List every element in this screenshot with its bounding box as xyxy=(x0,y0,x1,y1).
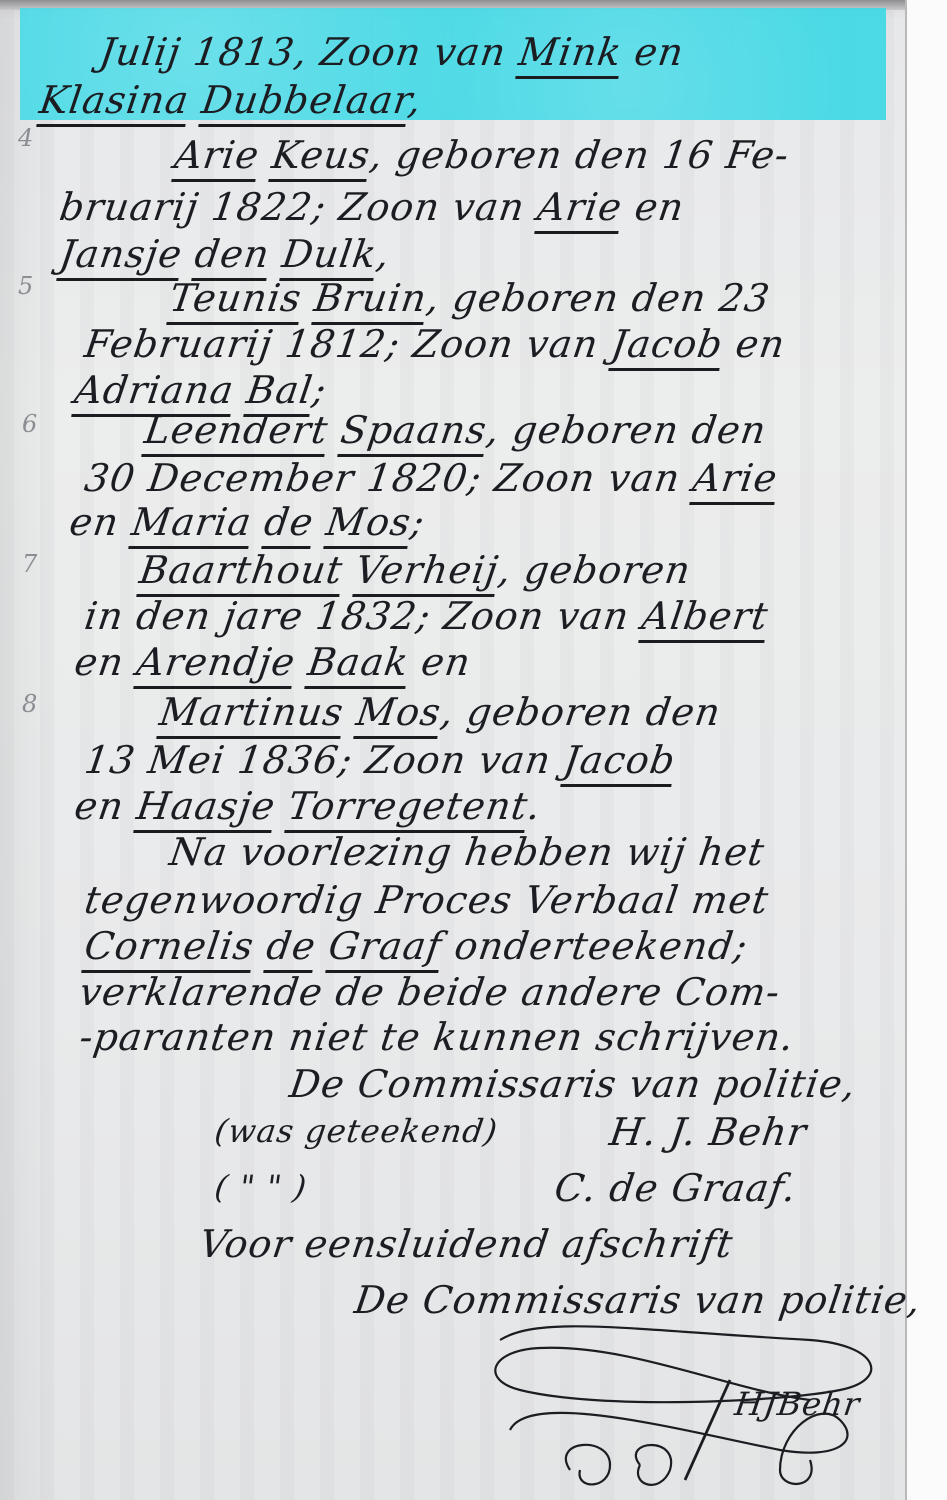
text: Julij 1813, Zoon van xyxy=(97,30,509,74)
surname: Keus xyxy=(269,133,374,182)
margin-number: 7 xyxy=(22,550,37,578)
text: , geboren xyxy=(495,548,693,592)
text: onderteekend; xyxy=(452,924,751,968)
entry-5-line-2: Februarij 1812; Zoon van Jacob en xyxy=(82,322,788,366)
text: in den jare 1832; Zoon van xyxy=(82,594,632,638)
margin-number: 4 xyxy=(18,124,33,152)
final-signature: HJBehr xyxy=(732,1385,862,1423)
closing-line-3: Cornelis de Graaf onderteekend; xyxy=(82,924,751,968)
text: 30 December 1820; Zoon van xyxy=(82,456,683,500)
entry-6-line-3: en Maria de Mos; xyxy=(67,500,428,544)
signed-name-2: C. de Graaf. xyxy=(552,1166,800,1210)
entry-6-line-1: Leendert Spaans, geboren den xyxy=(142,408,770,452)
name-dubbelaar: Dubbelaar xyxy=(198,78,411,127)
margin-number: 6 xyxy=(22,410,37,438)
text: en xyxy=(419,640,474,684)
mother-mid: de xyxy=(261,500,317,549)
entry-5-line-1: Teunis Bruin, geboren den 23 xyxy=(167,276,773,320)
surname: Verheij xyxy=(352,548,501,597)
first-name: Teunis xyxy=(166,276,304,325)
mother-last: Baak xyxy=(305,640,412,689)
signed-label-2: ( " " ) xyxy=(212,1168,309,1206)
entry-4-line-1: Arie Keus, geboren den 16 Fe- xyxy=(172,133,792,177)
entry-8-line-2: 13 Mei 1836; Zoon van Jacob xyxy=(82,738,679,782)
entry-5-line-3: Adriana Bal; xyxy=(72,368,330,412)
father-name: Jacob xyxy=(560,738,678,787)
father-name: Arie xyxy=(689,456,780,505)
mother-mid: den xyxy=(191,232,272,281)
entry-6-line-2: 30 December 1820; Zoon van Arie xyxy=(82,456,781,500)
mother-first: Arendje xyxy=(133,640,298,689)
text: , geboren den 16 Fe- xyxy=(367,133,792,177)
first-name: Arie xyxy=(171,133,262,182)
text: , geboren den 23 xyxy=(424,276,773,320)
entry-8-line-3: en Haasje Torregetent. xyxy=(72,784,544,828)
text: en xyxy=(733,322,788,366)
mother-first: Maria xyxy=(128,500,254,549)
text: en xyxy=(632,30,687,74)
text: 13 Mei 1836; Zoon van xyxy=(82,738,554,782)
entry-7-line-3: en Arendje Baak en xyxy=(72,640,474,684)
highlight-line-1: Julij 1813, Zoon van Mink en xyxy=(97,30,687,74)
first-name: Martinus xyxy=(156,690,346,739)
signature-title-2: De Commissaris van politie, xyxy=(352,1278,924,1322)
highlight-line-2: Klasina Dubbelaar, xyxy=(37,78,425,122)
father-name: Arie xyxy=(534,185,625,234)
name-graaf: Graaf xyxy=(325,924,445,973)
father-name: Jacob xyxy=(608,322,726,371)
signature-title: De Commissaris van politie, xyxy=(287,1062,859,1106)
surname: Spaans xyxy=(337,408,490,457)
text: en xyxy=(72,784,127,828)
entry-7-line-2: in den jare 1832; Zoon van Albert xyxy=(82,594,771,638)
father-name: Albert xyxy=(638,594,771,643)
name-cornelis: Cornelis xyxy=(81,924,257,973)
name-klasina: Klasina xyxy=(36,78,192,127)
entry-7-line-1: Baarthout Verheij, geboren xyxy=(137,548,694,592)
entry-4-line-3: Jansje den Dulk, xyxy=(57,232,393,276)
first-name: Leendert xyxy=(141,408,331,457)
text: en xyxy=(67,500,122,544)
mother-first: Haasje xyxy=(133,784,278,833)
entry-4-line-2: bruarij 1822; Zoon van Arie en xyxy=(57,185,687,229)
mother-last: Mos xyxy=(323,500,414,549)
closing-line-1: Na voorlezing hebben wij het xyxy=(167,830,768,874)
mother-first: Jansje xyxy=(56,232,185,281)
signed-label-1: (was geteekend) xyxy=(212,1112,500,1150)
mother-last: Torregetent xyxy=(285,784,531,833)
name-mink: Mink xyxy=(515,30,624,79)
margin-number: 8 xyxy=(22,690,37,718)
text: en xyxy=(632,185,687,229)
closing-line-2: tegenwoordig Proces Verbaal met xyxy=(82,878,772,922)
closing-line-5: -paranten niet te kunnen schrijven. xyxy=(77,1015,797,1059)
margin-number: 5 xyxy=(18,272,33,300)
entry-8-line-1: Martinus Mos, geboren den xyxy=(157,690,724,734)
first-name: Baarthout xyxy=(136,548,346,597)
text: bruarij 1822; Zoon van xyxy=(57,185,528,229)
surname: Bruin xyxy=(311,276,430,325)
text: , geboren den xyxy=(438,690,724,734)
certification-line: Voor eensluidend afschrift xyxy=(197,1222,736,1266)
text: Februarij 1812; Zoon van xyxy=(82,322,602,366)
document-page: Julij 1813, Zoon van Mink en Klasina Dub… xyxy=(0,0,907,1500)
name-de: de xyxy=(263,924,319,973)
surname: Mos xyxy=(353,690,444,739)
text: , geboren den xyxy=(484,408,770,452)
mother-last: Dulk xyxy=(279,232,380,281)
signed-name-1: H. J. Behr xyxy=(607,1110,810,1154)
text: en xyxy=(72,640,127,684)
closing-line-4: verklarende de beide andere Com- xyxy=(77,970,783,1014)
